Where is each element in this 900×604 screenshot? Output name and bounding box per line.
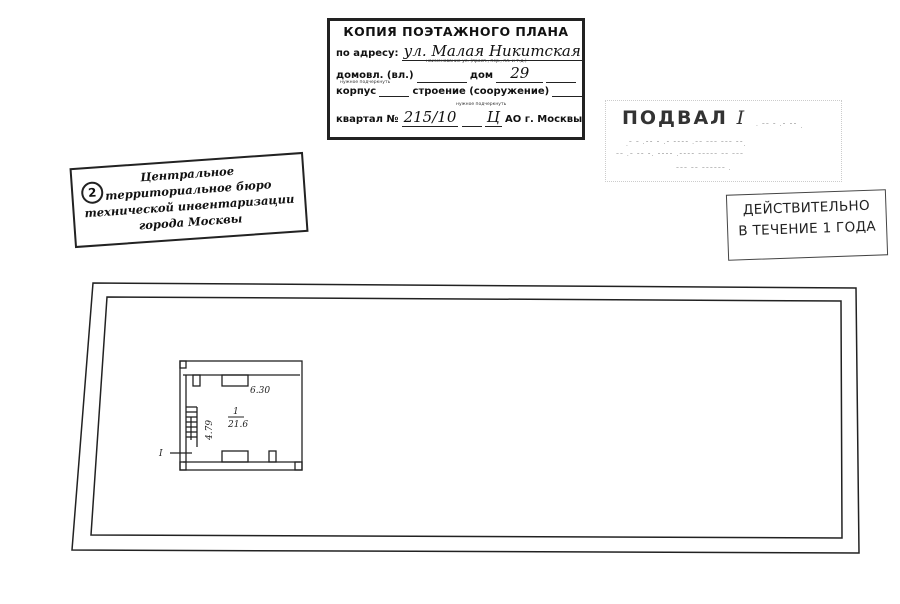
inner-frame (91, 297, 842, 538)
stairs-icon (186, 407, 197, 447)
outer-frame (72, 283, 859, 553)
entrance-label: I (158, 449, 163, 459)
height-dimension: 4.79 (205, 420, 215, 441)
width-dimension: 6.30 (250, 386, 270, 396)
room-area: 21.6 (227, 420, 248, 430)
room-number: 1 (233, 407, 239, 417)
floor-plan-drawing: I 6.30 1 21.6 4.79 (0, 0, 900, 604)
